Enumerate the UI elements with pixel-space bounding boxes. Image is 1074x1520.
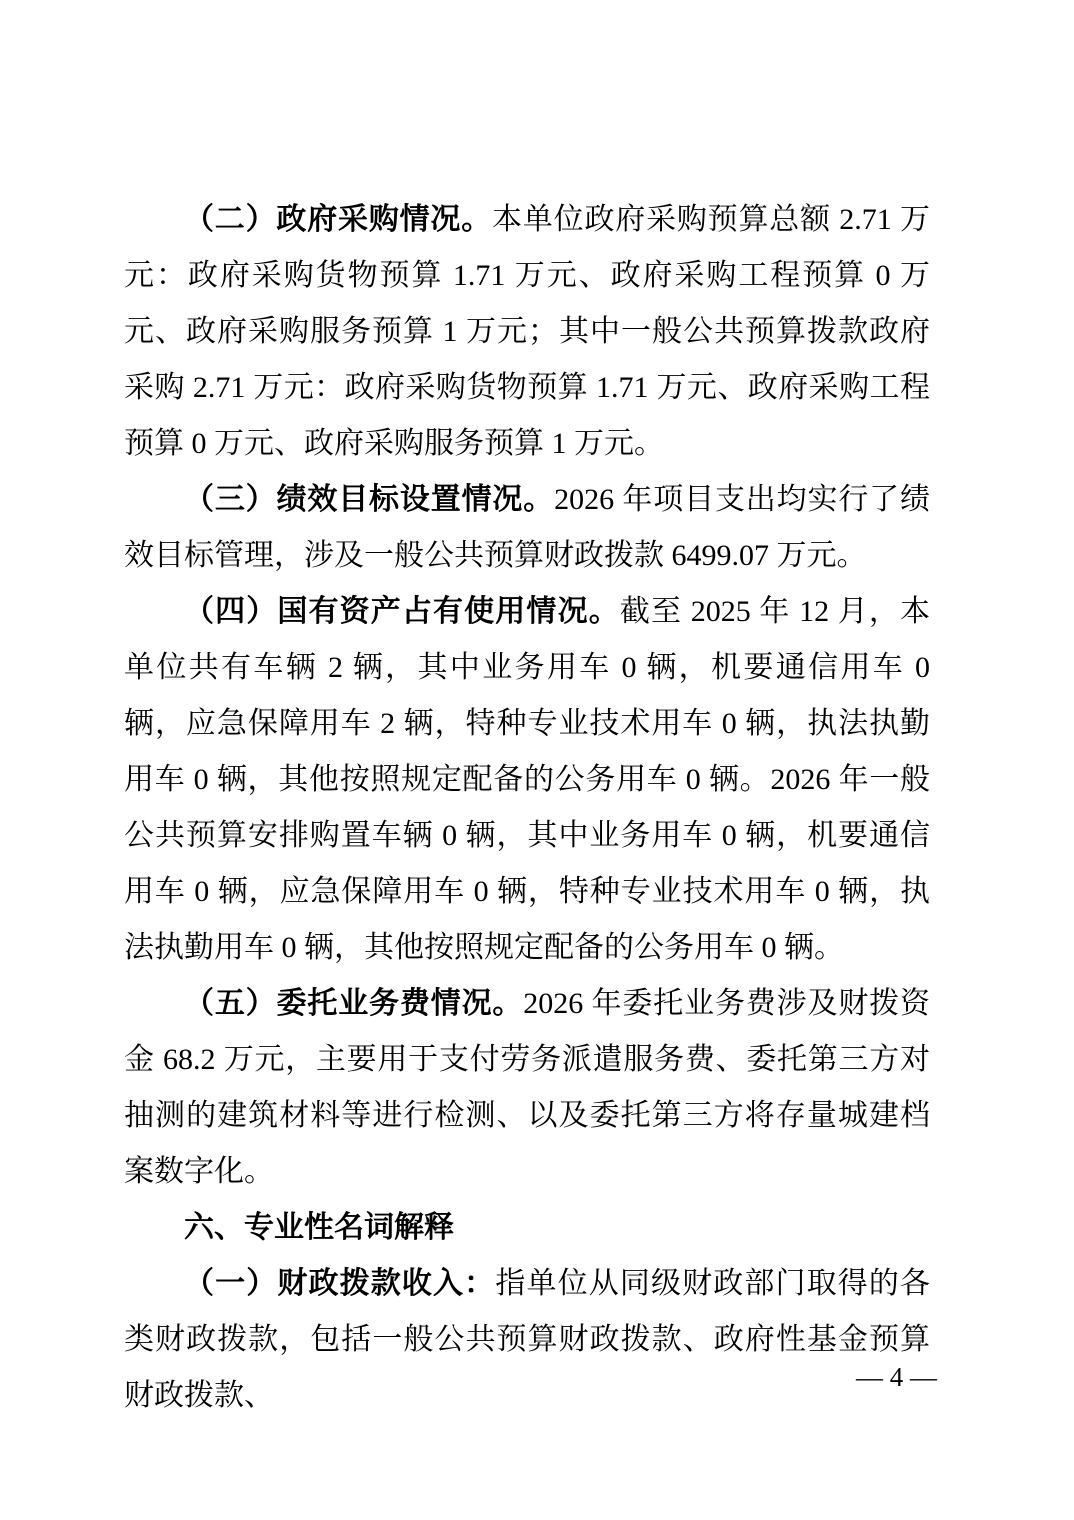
paragraph-entrusted-business-fees: （五）委托业务费情况。2026 年委托业务费涉及财拨资金 68.2 万元，主要用… bbox=[124, 976, 930, 1200]
paragraph-government-procurement: （二）政府采购情况。本单位政府采购预算总额 2.71 万元：政府采购货物预算 1… bbox=[124, 192, 930, 472]
text-block: （二）政府采购情况。本单位政府采购预算总额 2.71 万元：政府采购货物预算 1… bbox=[124, 192, 930, 1424]
paragraph-fiscal-appropriation-income-lead: （一）财政拨款收入： bbox=[184, 1267, 495, 1300]
paragraph-state-assets-body: 截至 2025 年 12 月，本单位共有车辆 2 辆，其中业务用车 0 辆，机要… bbox=[124, 595, 930, 964]
paragraph-state-assets-lead: （四）国有资产占有使用情况。 bbox=[184, 595, 620, 628]
paragraph-entrusted-business-fees-lead: （五）委托业务费情况。 bbox=[184, 987, 523, 1020]
paragraph-state-assets: （四）国有资产占有使用情况。截至 2025 年 12 月，本单位共有车辆 2 辆… bbox=[124, 584, 930, 976]
document-page: （二）政府采购情况。本单位政府采购预算总额 2.71 万元：政府采购货物预算 1… bbox=[0, 0, 1074, 1520]
paragraph-performance-targets: （三）绩效目标设置情况。2026 年项目支出均实行了绩效目标管理，涉及一般公共预… bbox=[124, 472, 930, 584]
paragraph-performance-targets-lead: （三）绩效目标设置情况。 bbox=[184, 483, 554, 516]
page-number: — 4 — bbox=[856, 1362, 937, 1392]
paragraph-government-procurement-body: 本单位政府采购预算总额 2.71 万元：政府采购货物预算 1.71 万元、政府采… bbox=[124, 203, 930, 460]
paragraph-government-procurement-lead: （二）政府采购情况。 bbox=[184, 203, 492, 236]
glossary-heading: 六、专业性名词解释 bbox=[124, 1200, 930, 1256]
paragraph-fiscal-appropriation-income: （一）财政拨款收入：指单位从同级财政部门取得的各类财政拨款，包括一般公共预算财政… bbox=[124, 1256, 930, 1424]
